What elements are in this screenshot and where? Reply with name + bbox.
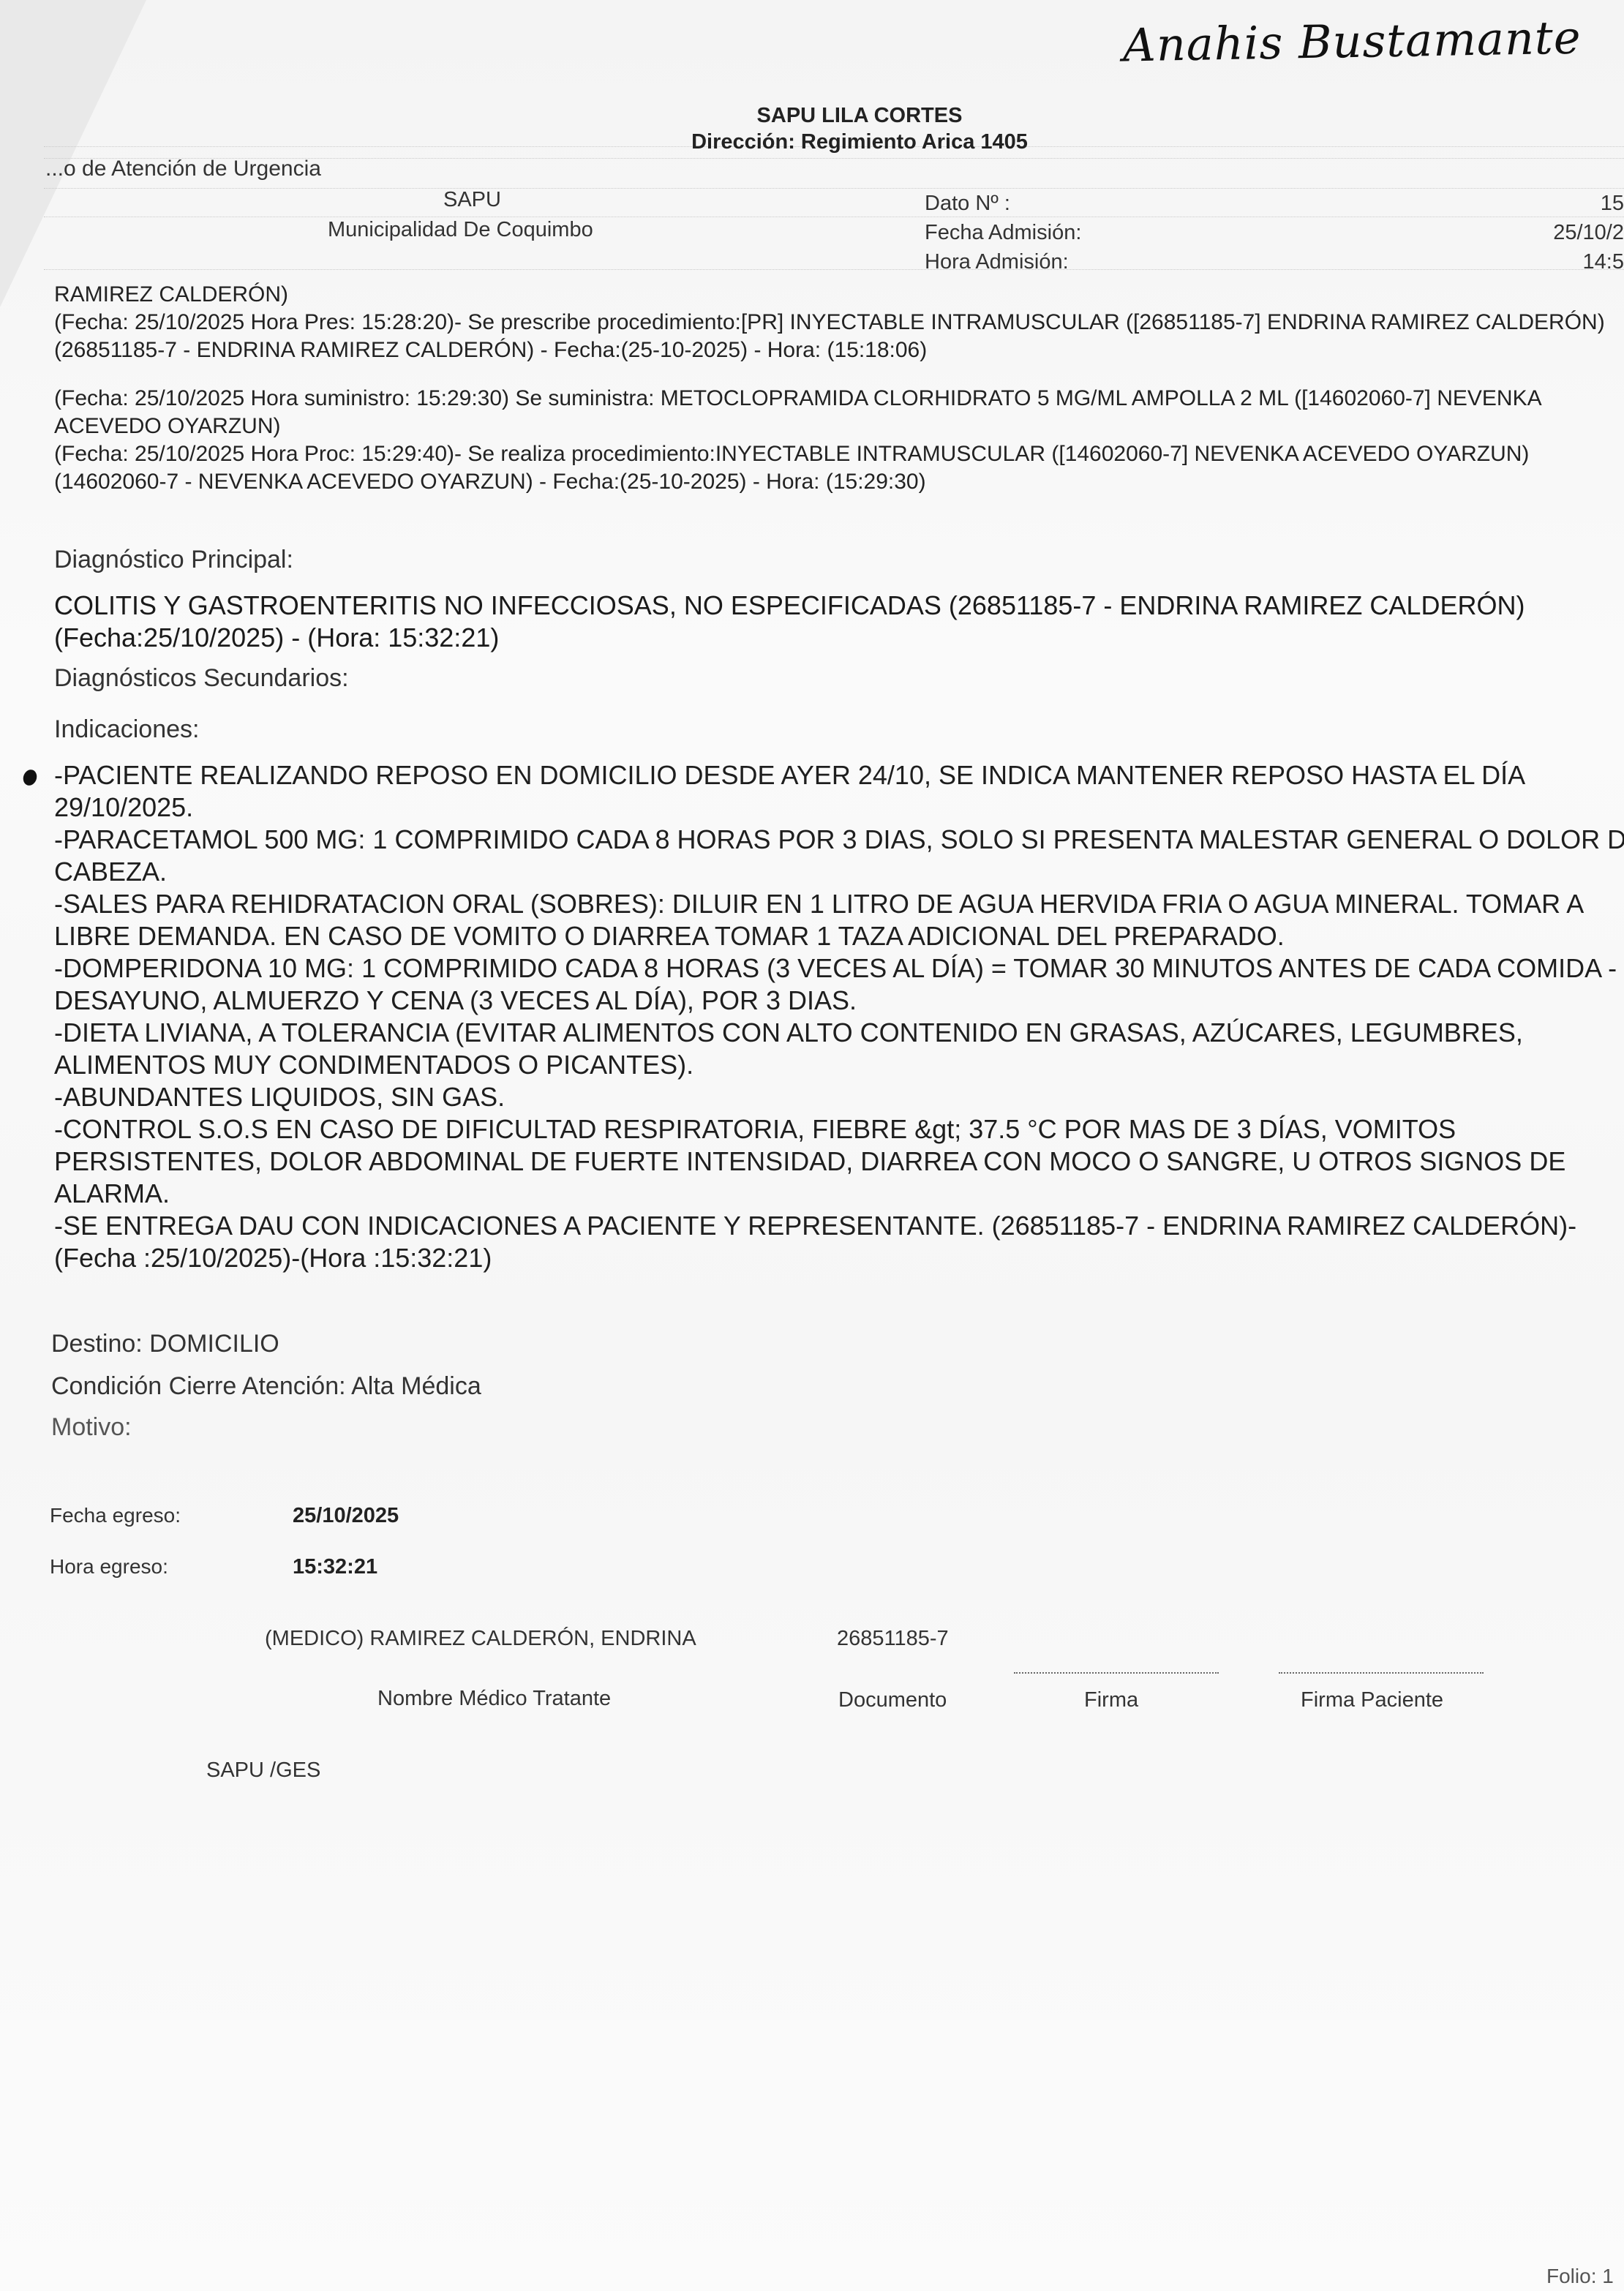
indication-item: -CONTROL S.O.S EN CASO DE DIFICULTAD RES… — [54, 1113, 1624, 1210]
service-name: ...o de Atención de Urgencia — [45, 157, 321, 181]
destino-field: Destino: DOMICILIO — [51, 1330, 279, 1358]
form-rule — [44, 188, 1624, 189]
procedure-entry: (Fecha: 25/10/2025 Hora Proc: 15:29:40)-… — [54, 440, 1576, 496]
dato-value: 15 — [1536, 192, 1624, 216]
diagnosis-principal-label: Diagnóstico Principal: — [54, 546, 293, 574]
fecha-admision-value: 25/10/2 — [1522, 221, 1624, 245]
institution-name: SAPU LILA CORTES — [644, 104, 1075, 128]
dato-label: Dato Nº : — [925, 192, 1010, 216]
hora-admision-value: 14:5 — [1536, 250, 1624, 274]
program-label: SAPU /GES — [206, 1758, 320, 1783]
indication-item: -DOMPERIDONA 10 MG: 1 COMPRIMIDO CADA 8 … — [54, 952, 1624, 1017]
indication-item: -PACIENTE REALIZANDO REPOSO EN DOMICILIO… — [54, 759, 1624, 824]
document-caption: Documento — [838, 1688, 947, 1712]
indications-list: -PACIENTE REALIZANDO REPOSO EN DOMICILIO… — [54, 759, 1624, 1274]
indication-item: -PARACETAMOL 500 MG: 1 COMPRIMIDO CADA 8… — [54, 824, 1624, 888]
indications-label: Indicaciones: — [54, 715, 199, 744]
fecha-admision-label: Fecha Admisión: — [925, 221, 1081, 245]
indication-item: -SALES PARA REHIDRATACION ORAL (SOBRES):… — [54, 888, 1624, 952]
procedure-entry: (Fecha: 25/10/2025 Hora suministro: 15:2… — [54, 385, 1612, 440]
hora-egreso-label: Hora egreso: — [50, 1555, 168, 1579]
procedure-entry: RAMIREZ CALDERÓN) — [54, 281, 1624, 309]
indication-item: -ABUNDANTES LIQUIDOS, SIN GAS. — [54, 1081, 1624, 1113]
document-number: 26851185-7 — [837, 1627, 949, 1651]
folded-corner — [0, 0, 146, 307]
hora-admision-label: Hora Admisión: — [925, 250, 1069, 274]
procedure-entry: (Fecha: 25/10/2025 Hora Pres: 15:28:20)-… — [54, 309, 1612, 364]
handwritten-name: Anahis Bustamante — [1122, 11, 1582, 72]
folio-number: Folio: 1 — [1546, 2265, 1614, 2288]
form-rule — [44, 217, 1624, 217]
fecha-egreso-value: 25/10/2025 — [293, 1504, 399, 1528]
motivo-field: Motivo: — [51, 1413, 132, 1442]
patient-signature-caption: Firma Paciente — [1301, 1688, 1443, 1712]
procedures-log: RAMIREZ CALDERÓN) (Fecha: 25/10/2025 Hor… — [54, 281, 1624, 496]
doctor-signature-line — [1014, 1672, 1219, 1674]
condicion-cierre-field: Condición Cierre Atención: Alta Médica — [51, 1372, 481, 1401]
municipality-name: Municipalidad De Coquimbo — [328, 218, 593, 242]
fecha-egreso-label: Fecha egreso: — [50, 1504, 181, 1527]
institution-address: Dirección: Regimiento Arica 1405 — [644, 130, 1075, 154]
doctor-name: (MEDICO) RAMIREZ CALDERÓN, ENDRINA — [265, 1627, 696, 1651]
patient-signature-line — [1279, 1672, 1484, 1674]
unit-name: SAPU — [443, 188, 501, 212]
diagnosis-secondary-label: Diagnósticos Secundarios: — [54, 664, 349, 693]
indication-item: -DIETA LIVIANA, A TOLERANCIA (EVITAR ALI… — [54, 1017, 1624, 1081]
hora-egreso-value: 15:32:21 — [293, 1555, 377, 1579]
diagnosis-principal-text: COLITIS Y GASTROENTERITIS NO INFECCIOSAS… — [54, 590, 1624, 654]
form-rule — [44, 269, 1624, 270]
indication-item: -SE ENTREGA DAU CON INDICACIONES A PACIE… — [54, 1210, 1624, 1274]
signature-caption: Firma — [1084, 1688, 1138, 1712]
doctor-caption: Nombre Médico Tratante — [377, 1687, 611, 1711]
